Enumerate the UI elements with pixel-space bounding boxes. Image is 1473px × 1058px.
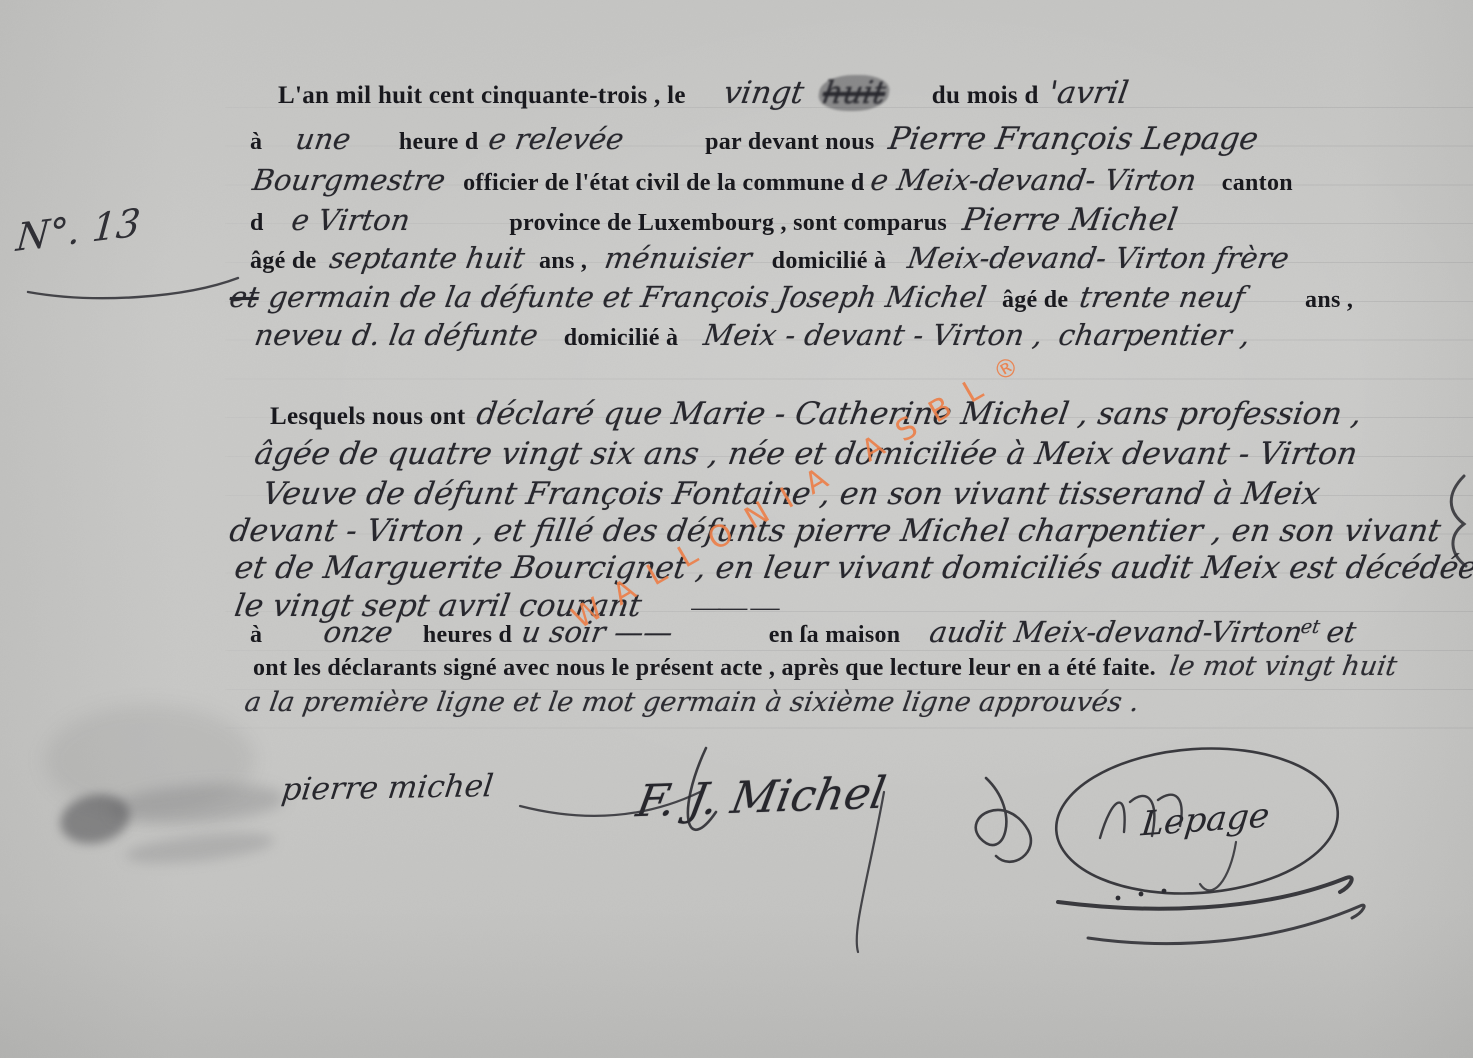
hw-commune: e Meix-devand- Virton (868, 163, 1199, 197)
hw-day-word-struck: huit (817, 75, 893, 111)
printed-hours: heures d (423, 622, 512, 648)
act-line-12: et de Marguerite Bourcignet , en leur vi… (235, 550, 1473, 586)
act-number: N°. 13 (15, 200, 143, 260)
hw-declarant1-occupation: ménuisier (602, 241, 754, 275)
hw-marginal-approval-1: le mot vingt huit (1167, 651, 1399, 682)
hw-declarant1-name: Pierre Michel (960, 202, 1180, 238)
hw-et-struck: et (227, 280, 261, 314)
hw-officer-title: Bourgmestre (250, 163, 447, 197)
hw-et: et (1325, 615, 1359, 649)
scanned-death-record-page: { "document": { "margin_number": "N°. 13… (0, 0, 1473, 1058)
hw-month: 'avril (1046, 75, 1131, 111)
hw-deceased-age-domicile: âgée de quatre vingt six ans , née et do… (252, 436, 1360, 472)
printed-at: à (250, 129, 262, 155)
hw-deceased-name: déclaré que Marie - Catherine Michel , s… (475, 396, 1365, 432)
printed-years: ans , (539, 248, 587, 274)
hw-superscript-et: et (1299, 616, 1321, 638)
printed-before-us: par devant nous (705, 129, 874, 155)
act-line-9: âgée de quatre vingt six ans , née et do… (255, 436, 1357, 472)
hw-relevee: e relevée (486, 122, 626, 156)
act-line-15: ont les déclarants signé avec nous le pr… (253, 651, 1397, 682)
hw-declarant2-domicile: Meix - devant - Virton , (702, 318, 1046, 352)
hw-canton-name: e Virton (289, 203, 412, 237)
hw-widow-of: Veuve de défunt François Fontaine , en s… (260, 476, 1322, 512)
printed-at2: à (250, 622, 262, 648)
printed-domiciled2: domicilié à (564, 325, 679, 351)
printed-years2: ans , (1305, 287, 1353, 313)
act-line-2: à une heure d e relevée par devant nous … (250, 121, 1257, 157)
hw-marginal-approval-2: a la première ligne et le mot germain à … (243, 687, 1142, 718)
hw-nephew-note: neveu d. la défunte (252, 318, 540, 352)
hw-declarant1-domicile: Meix-devand- Virton frère (906, 241, 1292, 275)
hw-death-place: audit Meix-devand-Virton (928, 615, 1306, 649)
act-line-4: d e Virton province de Luxembourg , sont… (250, 202, 1177, 238)
printed-domiciled: domicilié à (772, 248, 887, 274)
act-line-16: a la première ligne et le mot germain à … (245, 687, 1139, 718)
act-line-14: à onze heures d u soir —— en ſa maison a… (250, 615, 1356, 649)
printed-aged2: âgé de (1002, 287, 1068, 313)
printed-hour-phrase: heure d (399, 129, 479, 155)
hw-daughter-of: devant - Virton , et fillé des défunts p… (227, 513, 1443, 549)
act-line-8: Lesquels nous ont déclaré que Marie - Ca… (270, 396, 1362, 432)
smudge-dark-blot (56, 788, 134, 850)
act-line-11: devant - Virton , et fillé des défunts p… (230, 513, 1440, 549)
hw-day-word: vingt (721, 75, 806, 111)
printed-closing-phrase: ont les déclarants signé avec nous le pr… (253, 655, 1156, 681)
printed-lesquels: Lesquels nous ont (270, 403, 465, 430)
printed-month-phrase: du mois d (932, 82, 1039, 109)
printed-province-phrase: province de Luxembourg , sont comparus (509, 210, 947, 236)
printed-year-phrase: L'an mil huit cent cinquante-trois , le (278, 82, 686, 109)
hw-mother-and-death: et de Marguerite Bourcignet , en leur vi… (232, 550, 1473, 586)
printed-civil-officer-phrase: officier de l'état civil de la commune d (463, 170, 864, 196)
act-line-5: âgé de septante huit ans , ménuisier dom… (250, 241, 1289, 275)
printed-in-her-house: en ſa maison (769, 622, 901, 648)
printed-aged: âgé de (250, 248, 316, 274)
act-line-1: L'an mil huit cent cinquante-trois , le … (278, 75, 1128, 111)
hw-evening: u soir —— (520, 615, 676, 649)
hw-declarant1-age: septante huit (328, 241, 528, 275)
act-line-10: Veuve de défunt François Fontaine , en s… (263, 476, 1320, 512)
hw-officer-name: Pierre François Lepage (886, 121, 1261, 157)
hw-death-hour: onze (322, 615, 396, 649)
signature-lepage: Lepage (1139, 796, 1271, 845)
smudge-streak-2 (124, 827, 276, 869)
act-line-3: Bourgmestre officier de l'état civil de … (253, 163, 1293, 197)
hw-relationship-and-declarant2: germain de la défunte et François Joseph… (266, 280, 988, 314)
printed-d: d (250, 210, 264, 236)
hw-declarant2-age: trente neuf (1078, 280, 1248, 314)
hw-declarant2-occupation: charpentier , (1056, 318, 1252, 352)
act-line-6: et germain de la défunte et François Jos… (230, 280, 1353, 314)
signature-pierre-michel: pierre michel (280, 768, 496, 808)
act-line-7: neveu d. la défunte domicilié à Meix - d… (255, 318, 1250, 352)
smudge-faint-oval (45, 705, 255, 815)
registered-mark-icon: ® (988, 350, 1024, 388)
printed-canton: canton (1222, 170, 1293, 196)
signature-fj-michel: F. J. Michel (633, 768, 890, 828)
hw-hour: une (294, 122, 354, 156)
smudge-streak-1 (109, 779, 286, 829)
